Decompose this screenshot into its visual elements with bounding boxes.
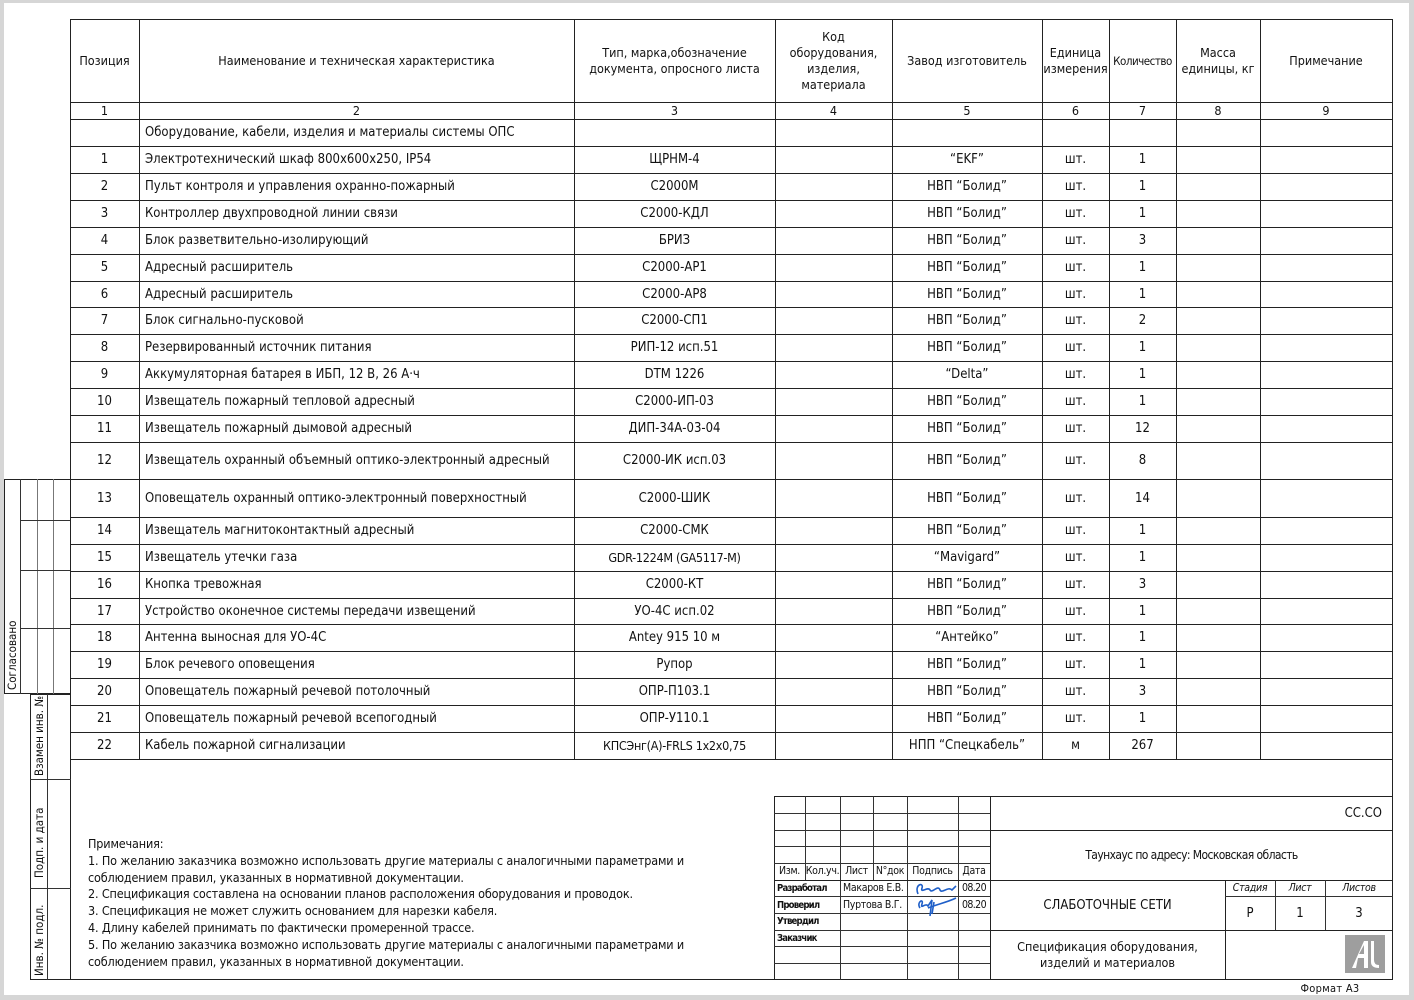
cell-code <box>775 361 892 388</box>
sheet-label: Лист <box>1275 880 1325 896</box>
cell-type: С2000-СП1 <box>574 307 775 334</box>
stamp-name <box>840 930 907 947</box>
column-header: Тип, марка,обозначение документа, опросн… <box>574 19 775 102</box>
section-title: Оборудование, кабели, изделия и материал… <box>139 119 574 146</box>
cell-note <box>1260 146 1392 173</box>
stamp-col-header: Подпись <box>907 863 958 880</box>
cell-unit: шт. <box>1042 705 1109 732</box>
cell-mass <box>1176 361 1260 388</box>
cell-type: С2000-АР1 <box>574 254 775 281</box>
cell-qty: 8 <box>1109 442 1176 479</box>
cell-qty: 1 <box>1109 624 1176 651</box>
cell-code <box>775 705 892 732</box>
stamp-col-header: Кол.уч. <box>805 863 840 880</box>
cell-unit: шт. <box>1042 651 1109 678</box>
column-number: 6 <box>1042 102 1109 119</box>
cell-qty: 1 <box>1109 544 1176 571</box>
column-header: Позиция <box>70 19 139 102</box>
cell-note <box>1260 388 1392 415</box>
cell-unit: шт. <box>1042 517 1109 544</box>
cell-pos: 19 <box>70 651 139 678</box>
logo-a-icon <box>1349 938 1381 970</box>
notes-line: соблюдением правил, указанных в норматив… <box>88 954 684 971</box>
cell-qty: 12 <box>1109 415 1176 442</box>
cell-maker: НВП “Болид” <box>892 479 1042 517</box>
sign-date-label: Подп. и дата <box>32 808 46 878</box>
stamp-name: Пуртова В.Г. <box>840 897 907 914</box>
cell-type: КПСЭнг(А)-FRLS 1х2х0,75 <box>574 732 775 759</box>
cell-note <box>1260 281 1392 307</box>
notes-line: 4. Длину кабелей принимать по фактически… <box>88 920 684 937</box>
cell-type: С2000-ИП-03 <box>574 388 775 415</box>
cell-maker: НВП “Болид” <box>892 254 1042 281</box>
cell-unit: шт. <box>1042 624 1109 651</box>
cell-maker: НВП “Болид” <box>892 173 1042 200</box>
cell-maker: НВП “Болид” <box>892 281 1042 307</box>
cell-maker: НВП “Болид” <box>892 227 1042 254</box>
cell-mass <box>1176 334 1260 361</box>
notes-line: 3. Спецификация не может служить основан… <box>88 903 684 920</box>
cell-unit: шт. <box>1042 307 1109 334</box>
cell-code <box>775 624 892 651</box>
cell-code <box>775 281 892 307</box>
cell-unit: м <box>1042 732 1109 759</box>
cell-unit: шт. <box>1042 281 1109 307</box>
cell-name: Блок речевого оповещения <box>139 651 574 678</box>
company-logo <box>1345 935 1385 973</box>
cell-mass <box>1176 517 1260 544</box>
cell-code <box>775 388 892 415</box>
cell-type: С2000-ШИК <box>574 479 775 517</box>
replaced-inv-label: Взамен инв. № <box>32 696 46 776</box>
cell-note <box>1260 571 1392 598</box>
cell-type: РИП-12 исп.51 <box>574 334 775 361</box>
sheets-label: Листов <box>1325 880 1393 896</box>
cell-name: Извещатель магнитоконтактный адресный <box>139 517 574 544</box>
cell-name: Извещатель пожарный тепловой адресный <box>139 388 574 415</box>
cell-pos: 15 <box>70 544 139 571</box>
cell-code <box>775 678 892 705</box>
cell-pos: 20 <box>70 678 139 705</box>
cell-mass <box>1176 479 1260 517</box>
cell-pos: 11 <box>70 415 139 442</box>
cell-note <box>1260 415 1392 442</box>
cell-name: Блок сигнально-пусковой <box>139 307 574 334</box>
inv-orig-label: Инв. № подл. <box>32 905 46 976</box>
stage-label: Стадия <box>1225 880 1275 896</box>
cell-qty: 1 <box>1109 361 1176 388</box>
cell-name: Оповещатель пожарный речевой всепогодный <box>139 705 574 732</box>
cell-type: Рупор <box>574 651 775 678</box>
cell-pos: 13 <box>70 479 139 517</box>
stamp-date <box>958 930 990 947</box>
cell-qty: 1 <box>1109 281 1176 307</box>
cell-mass <box>1176 415 1260 442</box>
cell-mass <box>1176 200 1260 227</box>
paper-format: Формат А3 <box>1290 980 1370 996</box>
stamp-role: Проверил <box>774 897 840 914</box>
cell-qty: 1 <box>1109 254 1176 281</box>
cell-type: БРИЗ <box>574 227 775 254</box>
cell-name: Оповещатель пожарный речевой потолочный <box>139 678 574 705</box>
cell-type: УО-4С исп.02 <box>574 598 775 624</box>
cell-qty: 1 <box>1109 651 1176 678</box>
cell-qty: 267 <box>1109 732 1176 759</box>
cell-mass <box>1176 544 1260 571</box>
cell-name: Устройство оконечное системы передачи из… <box>139 598 574 624</box>
cell-code <box>775 598 892 624</box>
cell-type: ОПР-П103.1 <box>574 678 775 705</box>
cell-note <box>1260 624 1392 651</box>
cell-name: Кнопка тревожная <box>139 571 574 598</box>
notes-line: 1. По желанию заказчика возможно использ… <box>88 853 684 870</box>
cell-code <box>775 732 892 759</box>
cell-mass <box>1176 651 1260 678</box>
cell-code <box>775 227 892 254</box>
cell-note <box>1260 544 1392 571</box>
stamp-col-header: Дата <box>958 863 990 880</box>
cell-mass <box>1176 678 1260 705</box>
cell-code <box>775 479 892 517</box>
column-header: Количество <box>1109 19 1176 102</box>
grid-line <box>907 796 908 980</box>
cell-unit: шт. <box>1042 361 1109 388</box>
doc-code: СС.СО <box>990 796 1388 830</box>
cell-name: Аккумуляторная батарея в ИБП, 12 В, 26 А… <box>139 361 574 388</box>
cell-type: ЩРНМ-4 <box>574 146 775 173</box>
cell-maker: НВП “Болид” <box>892 705 1042 732</box>
cell-mass <box>1176 388 1260 415</box>
cell-name: Адресный расширитель <box>139 281 574 307</box>
cell-code <box>775 517 892 544</box>
column-number: 9 <box>1260 102 1392 119</box>
cell-name: Антенна выносная для УО-4С <box>139 624 574 651</box>
cell-unit: шт. <box>1042 544 1109 571</box>
cell-code <box>775 254 892 281</box>
sheet-value: 1 <box>1275 896 1325 930</box>
cell-qty: 1 <box>1109 200 1176 227</box>
stamp-col-header: N°док <box>873 863 907 880</box>
cell-type: С2000-КТ <box>574 571 775 598</box>
cell-code <box>775 173 892 200</box>
cell-name: Блок разветвительно-изолирующий <box>139 227 574 254</box>
cell-pos: 5 <box>70 254 139 281</box>
cell-unit: шт. <box>1042 415 1109 442</box>
stamp-col-header: Лист <box>840 863 873 880</box>
cell-pos: 4 <box>70 227 139 254</box>
column-number: 2 <box>139 102 574 119</box>
cell-code <box>775 544 892 571</box>
stamp-date <box>958 913 990 930</box>
cell-qty: 1 <box>1109 173 1176 200</box>
column-header: Завод изготовитель <box>892 19 1042 102</box>
cell-code <box>775 200 892 227</box>
cell-unit: шт. <box>1042 200 1109 227</box>
cell-maker: НВП “Болид” <box>892 442 1042 479</box>
cell-note <box>1260 254 1392 281</box>
column-number: 4 <box>775 102 892 119</box>
signature-marks <box>910 880 960 920</box>
cell-maker: “Mavigard” <box>892 544 1042 571</box>
cell-maker: НВП “Болид” <box>892 200 1042 227</box>
cell-code <box>775 442 892 479</box>
cell-name: Электротехнический шкаф 800х600х250, IP5… <box>139 146 574 173</box>
cell-note <box>1260 732 1392 759</box>
cell-name: Резервированный источник питания <box>139 334 574 361</box>
stamp-role: Утвердил <box>774 913 840 930</box>
cell-qty: 1 <box>1109 705 1176 732</box>
column-number: 8 <box>1176 102 1260 119</box>
cell-pos: 10 <box>70 388 139 415</box>
column-number: 3 <box>574 102 775 119</box>
cell-mass <box>1176 442 1260 479</box>
column-number: 5 <box>892 102 1042 119</box>
cell-unit: шт. <box>1042 254 1109 281</box>
cell-maker: НВП “Болид” <box>892 678 1042 705</box>
cell-note <box>1260 307 1392 334</box>
cell-maker: НВП “Болид” <box>892 415 1042 442</box>
cell-maker: НВП “Болид” <box>892 334 1042 361</box>
stage-value: Р <box>1225 896 1275 930</box>
cell-mass <box>1176 571 1260 598</box>
cell-note <box>1260 517 1392 544</box>
notes-block: Примечания: 1. По желанию заказчика возм… <box>88 836 684 970</box>
cell-pos: 14 <box>70 517 139 544</box>
cell-mass <box>1176 227 1260 254</box>
cell-note <box>1260 479 1392 517</box>
cell-maker: НВП “Болид” <box>892 571 1042 598</box>
cell-unit: шт. <box>1042 678 1109 705</box>
column-header: Единица измерения <box>1042 19 1109 102</box>
agreed-label: Согласовано <box>5 621 19 691</box>
cell-maker: “EKF” <box>892 146 1042 173</box>
cell-mass <box>1176 307 1260 334</box>
cell-type: DTM 1226 <box>574 361 775 388</box>
cell-name: Извещатель утечки газа <box>139 544 574 571</box>
cell-mass <box>1176 146 1260 173</box>
cell-note <box>1260 173 1392 200</box>
cell-note <box>1260 598 1392 624</box>
cell-name: Оповещатель охранный оптико-электронный … <box>139 479 574 517</box>
cell-mass <box>1176 732 1260 759</box>
cell-name: Извещатель охранный объемный оптико-элек… <box>139 442 574 479</box>
cell-mass <box>1176 705 1260 732</box>
cell-name: Адресный расширитель <box>139 254 574 281</box>
cell-unit: шт. <box>1042 442 1109 479</box>
cell-maker: НВП “Болид” <box>892 598 1042 624</box>
notes-line: 5. По желанию заказчика возможно использ… <box>88 937 684 954</box>
cell-note <box>1260 200 1392 227</box>
cell-type: Antey 915 10 м <box>574 624 775 651</box>
cell-code <box>775 651 892 678</box>
cell-maker: “Delta” <box>892 361 1042 388</box>
cell-type: ДИП-34А-03-04 <box>574 415 775 442</box>
cell-qty: 1 <box>1109 334 1176 361</box>
cell-qty: 3 <box>1109 227 1176 254</box>
cell-unit: шт. <box>1042 571 1109 598</box>
cell-type: С2000-ИК исп.03 <box>574 442 775 479</box>
cell-pos: 3 <box>70 200 139 227</box>
cell-qty: 3 <box>1109 678 1176 705</box>
cell-note <box>1260 651 1392 678</box>
notes-title: Примечания: <box>88 836 684 853</box>
cell-code <box>775 571 892 598</box>
cell-unit: шт. <box>1042 479 1109 517</box>
cell-unit: шт. <box>1042 227 1109 254</box>
cell-unit: шт. <box>1042 598 1109 624</box>
column-header: Примечание <box>1260 19 1392 102</box>
cell-qty: 3 <box>1109 571 1176 598</box>
cell-type: GDR-1224M (GA5117-M) <box>574 544 775 571</box>
cell-type: ОПР-У110.1 <box>574 705 775 732</box>
cell-mass <box>1176 281 1260 307</box>
cell-note <box>1260 227 1392 254</box>
column-header: Наименование и техническая характеристик… <box>139 19 574 102</box>
column-header: Масса единицы, кг <box>1176 19 1260 102</box>
stamp-col-header: Изм. <box>774 863 805 880</box>
cell-qty: 1 <box>1109 598 1176 624</box>
cell-pos: 2 <box>70 173 139 200</box>
doc-title-line-2: изделий и материалов <box>1040 955 1175 971</box>
cell-pos: 8 <box>70 334 139 361</box>
cell-code <box>775 415 892 442</box>
stamp-date: 08.20 <box>958 880 990 897</box>
cell-pos: 18 <box>70 624 139 651</box>
grid-line <box>70 759 1392 760</box>
cell-maker: “Антейко” <box>892 624 1042 651</box>
doc-title-line-1: Спецификация оборудования, <box>1017 939 1198 955</box>
cell-unit: шт. <box>1042 146 1109 173</box>
doc-title: Спецификация оборудования, изделий и мат… <box>990 930 1225 980</box>
column-number: 1 <box>70 102 139 119</box>
cell-type: С2000М <box>574 173 775 200</box>
stamp-date: 08.20 <box>958 897 990 914</box>
cell-type: С2000-АР8 <box>574 281 775 307</box>
cell-qty: 14 <box>1109 479 1176 517</box>
cell-unit: шт. <box>1042 388 1109 415</box>
cell-qty: 1 <box>1109 146 1176 173</box>
notes-line: соблюдением правил, указанных в норматив… <box>88 870 684 887</box>
cell-maker: НПП “Спецкабель” <box>892 732 1042 759</box>
cell-code <box>775 307 892 334</box>
cell-pos: 22 <box>70 732 139 759</box>
cell-code <box>775 334 892 361</box>
cell-pos: 21 <box>70 705 139 732</box>
cell-unit: шт. <box>1042 173 1109 200</box>
cell-name: Пульт контроля и управления охранно-пожа… <box>139 173 574 200</box>
cell-pos: 12 <box>70 442 139 479</box>
column-number: 7 <box>1109 102 1176 119</box>
stamp-role: Разработал <box>774 880 840 897</box>
column-header: Код оборудования, изделия, материала <box>775 19 892 102</box>
cell-unit: шт. <box>1042 334 1109 361</box>
section-name: СЛАБОТОЧНЫЕ СЕТИ <box>990 880 1225 930</box>
cell-type: С2000-СМК <box>574 517 775 544</box>
notes-line: 2. Спецификация составлена на основании … <box>88 886 684 903</box>
cell-maker: НВП “Болид” <box>892 517 1042 544</box>
cell-pos: 6 <box>70 281 139 307</box>
cell-mass <box>1176 254 1260 281</box>
cell-pos: 17 <box>70 598 139 624</box>
cell-code <box>775 146 892 173</box>
cell-type: С2000-КДЛ <box>574 200 775 227</box>
cell-note <box>1260 334 1392 361</box>
cell-qty: 1 <box>1109 388 1176 415</box>
cell-mass <box>1176 598 1260 624</box>
cell-note <box>1260 678 1392 705</box>
cell-note <box>1260 442 1392 479</box>
cell-qty: 1 <box>1109 517 1176 544</box>
cell-name: Кабель пожарной сигнализации <box>139 732 574 759</box>
cell-maker: НВП “Болид” <box>892 388 1042 415</box>
cell-maker: НВП “Болид” <box>892 307 1042 334</box>
cell-name: Извещатель пожарный дымовой адресный <box>139 415 574 442</box>
cell-name: Контроллер двухпроводной линии связи <box>139 200 574 227</box>
cell-pos: 16 <box>70 571 139 598</box>
stamp-role: Заказчик <box>774 930 840 947</box>
stamp-name: Макаров Е.В. <box>840 880 907 897</box>
cell-note <box>1260 705 1392 732</box>
cell-mass <box>1176 173 1260 200</box>
cell-pos: 7 <box>70 307 139 334</box>
cell-mass <box>1176 624 1260 651</box>
cell-note <box>1260 361 1392 388</box>
stamp-name <box>840 913 907 930</box>
cell-pos: 9 <box>70 361 139 388</box>
cell-qty: 2 <box>1109 307 1176 334</box>
cell-pos: 1 <box>70 146 139 173</box>
project-name: Таунхаус по адресу: Московская область <box>990 830 1393 880</box>
sheets-value: 3 <box>1325 896 1393 930</box>
cell-maker: НВП “Болид” <box>892 651 1042 678</box>
